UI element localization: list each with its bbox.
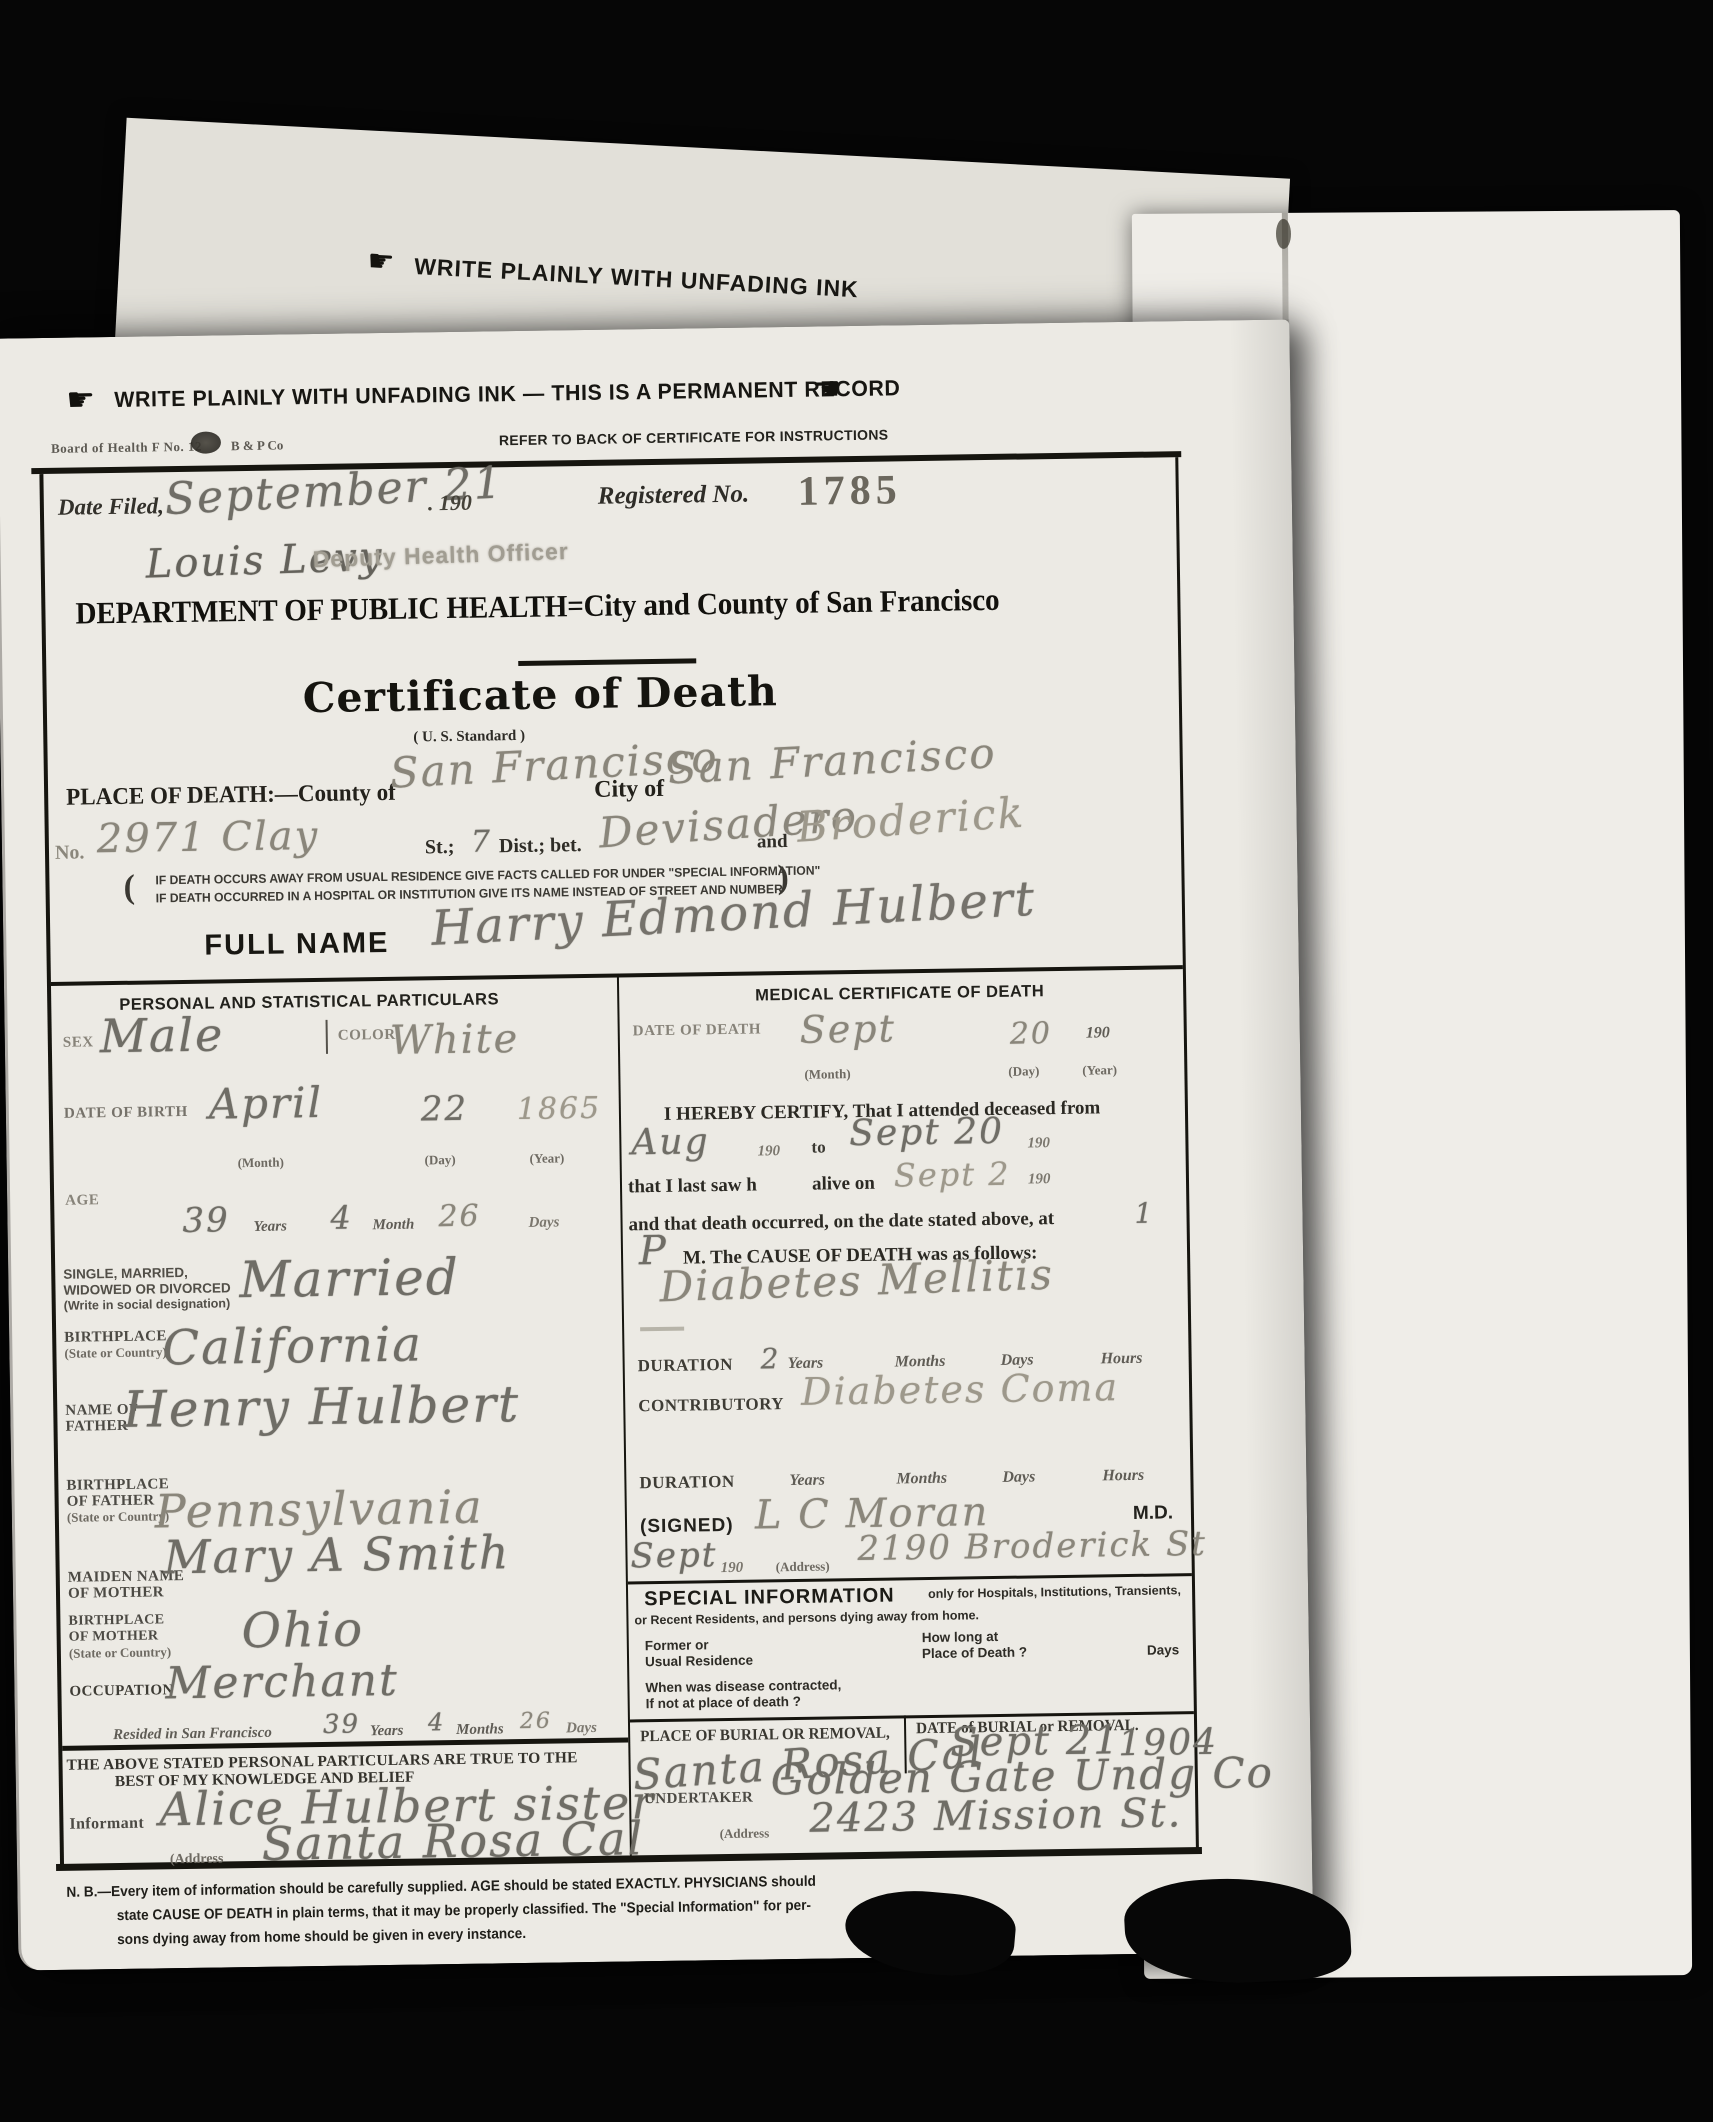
- dod-day-value: 20: [1010, 1019, 1053, 1050]
- occupation-label: OCCUPATION: [69, 1682, 174, 1701]
- mother-bp-label-2: OF MOTHER: [69, 1628, 159, 1645]
- dob-month-value: April: [208, 1082, 323, 1126]
- between2-value: Broderick: [795, 792, 1026, 849]
- box-border-left: [39, 474, 64, 1870]
- birthplace-state-label: (State or Country): [64, 1344, 167, 1362]
- signed-month-value: Sept: [630, 1538, 717, 1573]
- father-name-label-2: FATHER: [65, 1418, 128, 1436]
- age-months-value: 4: [330, 1201, 353, 1233]
- marital-label-3: (Write in social designation): [64, 1297, 231, 1312]
- dod-year-label: (Year): [1082, 1062, 1117, 1079]
- duration2-label: DURATION: [639, 1473, 735, 1491]
- printer-imprint-right: B & P Co: [231, 438, 284, 452]
- mother-bp-label-1: BIRTHPLACE: [68, 1612, 164, 1629]
- special-header: SPECIAL INFORMATION: [644, 1586, 895, 1610]
- masthead-rule: [31, 451, 1181, 474]
- cause-value: Diabetes Mellitis: [659, 1254, 1055, 1309]
- deputy-stamp: Deputy Health Officer: [312, 540, 569, 571]
- and-label: and: [757, 832, 788, 851]
- title-divider: [518, 658, 696, 666]
- dod-year-print: 190: [1086, 1024, 1110, 1042]
- footnote-line-2: state CAUSE OF DEATH in plain terms, tha…: [117, 1899, 811, 1924]
- signed-year: 190: [721, 1560, 744, 1577]
- printer-imprint-left: Board of Health F No. 12: [51, 440, 202, 455]
- dob-year-label: (Year): [529, 1150, 564, 1167]
- resided-months-label: Months: [456, 1721, 504, 1739]
- duration2-hours-label: Hours: [1102, 1467, 1144, 1486]
- resided-days-label: Days: [566, 1720, 597, 1737]
- last-saw-year: 190: [1028, 1171, 1051, 1188]
- printer-union-seal-icon: [191, 431, 221, 453]
- to-label: to: [811, 1138, 825, 1155]
- contributory-value: Diabetes Coma: [801, 1368, 1120, 1411]
- undertaker-label: UNDERTAKER: [644, 1790, 753, 1809]
- undertaker-address-label: (Address: [720, 1825, 770, 1842]
- age-days-label: Days: [528, 1214, 559, 1231]
- duration1-label: DURATION: [638, 1356, 734, 1374]
- duration2-days-label: Days: [1002, 1468, 1035, 1486]
- mother-name-label-2: OF MOTHER: [68, 1584, 164, 1602]
- no-label: No.: [55, 842, 85, 862]
- street-number-value: 2971 Clay: [97, 816, 320, 859]
- place-of-death-label: PLACE OF DEATH:—County of: [66, 781, 396, 810]
- marital-label-1: SINGLE, MARRIED,: [63, 1266, 188, 1281]
- attended-year1: 190: [757, 1143, 780, 1160]
- dist-label: Dist.; bet.: [499, 835, 582, 856]
- dod-month-label: (Month): [804, 1066, 850, 1083]
- resided-months-value: 4: [428, 1710, 446, 1734]
- sex-color-divider: [326, 1020, 329, 1054]
- howlong-label-2: Place of Death ?: [922, 1646, 1027, 1661]
- dob-day-value: 22: [421, 1092, 469, 1127]
- sex-value: Male: [99, 1011, 224, 1059]
- undertaker-address-value: 2423 Mission St.: [809, 1793, 1182, 1839]
- scanned-death-certificate: ☛ WRITE PLAINLY WITH UNFADING INK ☛ WRIT…: [0, 0, 1713, 2122]
- pointing-hand-left-icon: ☛: [66, 383, 95, 415]
- attended-to-value: Sept 20: [849, 1114, 1004, 1152]
- pointing-hand-icon: ☛: [367, 247, 395, 278]
- special-sub-1: only for Hospitals, Institutions, Transi…: [928, 1584, 1181, 1600]
- full-name-label: FULL NAME: [204, 929, 389, 961]
- father-name-value: Henry Hulbert: [123, 1379, 521, 1435]
- resided-years-label: Years: [370, 1723, 404, 1740]
- dob-month-label: (Month): [238, 1155, 284, 1172]
- occurred-label: and that death occurred, on the date sta…: [628, 1209, 1054, 1234]
- occupation-value: Merchant: [165, 1659, 399, 1706]
- certificate-sheet: ☛ WRITE PLAINLY WITH UNFADING INK — THIS…: [0, 320, 1313, 1971]
- howlong-label-1: How long at: [922, 1630, 999, 1645]
- duration1-years-value: 2: [760, 1345, 780, 1373]
- days-label: Days: [1147, 1643, 1179, 1657]
- marital-value: Married: [239, 1252, 460, 1305]
- date-filed-label: Date Filed,: [58, 494, 164, 519]
- former-label-2: Usual Residence: [645, 1654, 753, 1669]
- back-sheet-banner: WRITE PLAINLY WITH UNFADING INK: [414, 255, 860, 301]
- medical-header: MEDICAL CERTIFICATE OF DEATH: [755, 983, 1044, 1004]
- last-saw-value: Sept 2: [894, 1158, 1011, 1192]
- signed-label: (SIGNED): [640, 1516, 734, 1536]
- st-label: St.;: [425, 837, 455, 857]
- mother-bp-value: Ohio: [241, 1605, 364, 1655]
- department-title: DEPARTMENT OF PUBLIC HEALTH=City and Cou…: [75, 584, 999, 629]
- age-days-value: 26: [438, 1202, 481, 1233]
- attended-from-value: Aug: [631, 1124, 710, 1161]
- footnote-line-3: sons dying away from home should be give…: [117, 1927, 526, 1948]
- column-divider: [617, 978, 632, 1856]
- attended-year2: 190: [1027, 1135, 1050, 1152]
- signed-address-value: 2190 Broderick St: [857, 1527, 1207, 1566]
- alive-on-label: alive on: [812, 1174, 875, 1194]
- age-months-label: Month: [372, 1217, 414, 1235]
- duration2-months-label: Months: [896, 1470, 947, 1489]
- informant-label: Informant: [69, 1815, 144, 1834]
- age-years-value: 39: [182, 1203, 230, 1238]
- marital-label-2: WIDOWED OR DIVORCED: [63, 1281, 230, 1297]
- dob-day-label: (Day): [424, 1152, 455, 1168]
- dod-month-value: Sept: [799, 1009, 896, 1048]
- refer-note: REFER TO BACK OF CERTIFICATE FOR INSTRUC…: [499, 427, 889, 447]
- city-label: City of: [594, 777, 664, 802]
- birthplace-value: California: [162, 1320, 423, 1372]
- registered-no-stamp: 1785: [797, 469, 902, 513]
- special-sub-2: or Recent Residents, and persons dying a…: [634, 1609, 979, 1627]
- contributory-label: CONTRIBUTORY: [638, 1395, 784, 1414]
- dob-year-value: 1865: [517, 1094, 602, 1125]
- mother-bp-state-label: (State or Country): [69, 1644, 172, 1662]
- dob-label: DATE OF BIRTH: [64, 1104, 188, 1123]
- certificate-title: Certificate of Death: [302, 671, 778, 719]
- informant-address-label: (Address: [170, 1851, 224, 1868]
- mother-name-value: Mary A Smith: [163, 1529, 511, 1580]
- resided-label: Resided in San Francisco: [113, 1725, 272, 1744]
- age-label: AGE: [65, 1192, 100, 1210]
- hour-value: 1: [1134, 1200, 1154, 1228]
- duration2-years-label: Years: [789, 1472, 825, 1491]
- color-label: COLOR: [338, 1027, 396, 1045]
- dod-day-label: (Day): [1008, 1063, 1039, 1079]
- informant-address-value: Santa Rosa Cal: [261, 1815, 644, 1867]
- age-years-label: Years: [253, 1218, 287, 1235]
- date-filed-year-print: . 190: [428, 492, 472, 515]
- last-saw-label: that I last saw h: [628, 1176, 757, 1197]
- banner-text: WRITE PLAINLY WITH UNFADING INK — THIS I…: [114, 377, 900, 411]
- dod-label: DATE OF DEATH: [633, 1021, 762, 1040]
- district-value: 7: [471, 827, 493, 857]
- cause-dash-mark: [640, 1327, 684, 1332]
- ink-smudge: [1276, 219, 1291, 249]
- sex-label: SEX: [63, 1034, 94, 1051]
- pointing-hand-right-icon: ☚: [812, 372, 841, 404]
- color-value: White: [390, 1019, 520, 1061]
- registered-no-label: Registered No.: [598, 482, 750, 509]
- note-paren-open: (: [123, 871, 135, 905]
- signed-address-label: (Address): [776, 1558, 830, 1575]
- contracted-label-2: If not at place of death ?: [646, 1695, 801, 1711]
- former-label-1: Former or: [645, 1638, 709, 1652]
- resided-years-value: 39: [323, 1711, 360, 1738]
- footnote-line-1: N. B.—Every item of information should b…: [66, 1875, 816, 1901]
- contracted-label-1: When was disease contracted,: [645, 1678, 841, 1694]
- resided-days-value: 26: [520, 1711, 552, 1733]
- md-label: M.D.: [1133, 1503, 1173, 1523]
